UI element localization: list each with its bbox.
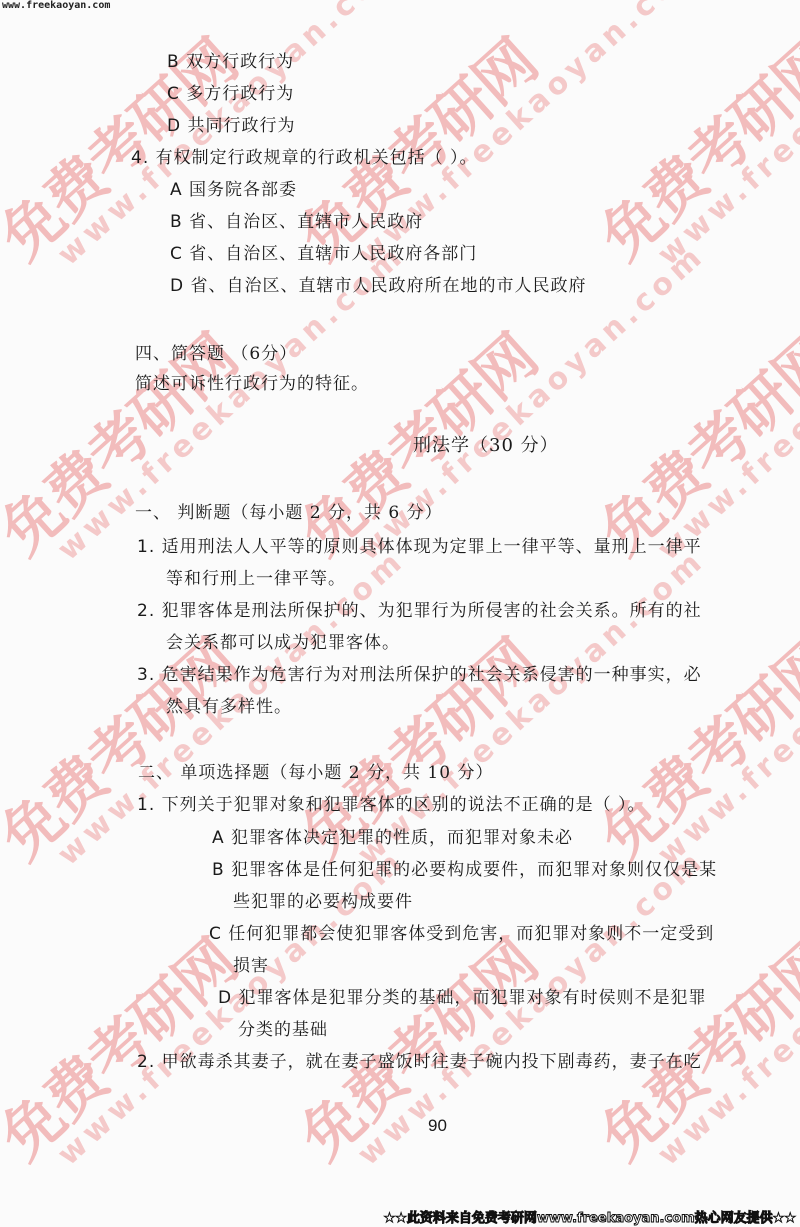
exam-page: B 双方行政行为 C 多方行政行为 D 共同行政行为 4. 有权制定行政规章的行…: [0, 0, 800, 1227]
option-d: D 省、自治区、直辖市人民政府所在地的市人民政府: [170, 276, 587, 296]
subject-title: 刑法学（30 分）: [413, 436, 559, 456]
option-c: C 省、自治区、直辖市人民政府各部门: [170, 244, 477, 264]
question-4-stem: 4. 有权制定行政规章的行政机关包括（ ）。: [131, 148, 478, 168]
option-a: A 犯罪客体决定犯罪的性质，而犯罪对象未必: [212, 828, 573, 848]
option-b: B 省、自治区、直辖市人民政府: [170, 212, 423, 232]
section-heading: 二、 单项选择题（每小题 2 分，共 10 分）: [138, 763, 493, 783]
option-d: D 犯罪客体是犯罪分类的基础，而犯罪对象有时侯则不是犯罪: [218, 988, 707, 1008]
question-2-stem: 2. 甲欲毒杀其妻子，就在妻子盛饭时往妻子碗内投下剧毒药，妻子在吃: [137, 1052, 702, 1072]
option-d-cont: 分类的基础: [238, 1020, 328, 1040]
footer-banner: ★★此资料来自免费考研网www.freekaoyan.com热心网友提供★★: [384, 1207, 796, 1226]
judgement-line: 会关系都可以成为犯罪客体。: [166, 633, 400, 653]
option-c: C 多方行政行为: [167, 84, 294, 104]
judgement-line: 等和行刑上一律平等。: [166, 569, 346, 589]
option-c: C 任何犯罪都会使犯罪客体受到危害，而犯罪对象则不一定受到: [209, 924, 714, 944]
judgement-line: 2. 犯罪客体是刑法所保护的、为犯罪行为所侵害的社会关系。所有的社: [137, 601, 702, 621]
option-d: D 共同行政行为: [167, 116, 296, 136]
judgement-line: 然具有多样性。: [166, 697, 292, 717]
section-heading: 四、简答题 （6分）: [135, 344, 297, 364]
judgement-line: 1. 适用刑法人人平等的原则具体体现为定罪上一律平等、量刑上一律平: [137, 537, 702, 557]
question-1-stem: 1. 下列关于犯罪对象和犯罪客体的区别的说法不正确的是（ ）。: [137, 795, 646, 815]
option-b: B 犯罪客体是任何犯罪的必要构成要件，而犯罪对象则仅仅是某: [212, 860, 717, 880]
section-heading: 一、 判断题（每小题 2 分，共 6 分）: [135, 503, 443, 523]
short-answer-question: 简述可诉性行政行为的特征。: [135, 374, 369, 394]
option-b-cont: 些犯罪的必要构成要件: [233, 892, 413, 912]
page-number: 90: [428, 1116, 447, 1136]
option-a: A 国务院各部委: [170, 180, 297, 200]
judgement-line: 3. 危害结果作为危害行为对刑法所保护的社会关系侵害的一种事实，必: [137, 665, 702, 685]
option-b: B 双方行政行为: [167, 52, 294, 72]
option-c-cont: 损害: [233, 956, 269, 976]
